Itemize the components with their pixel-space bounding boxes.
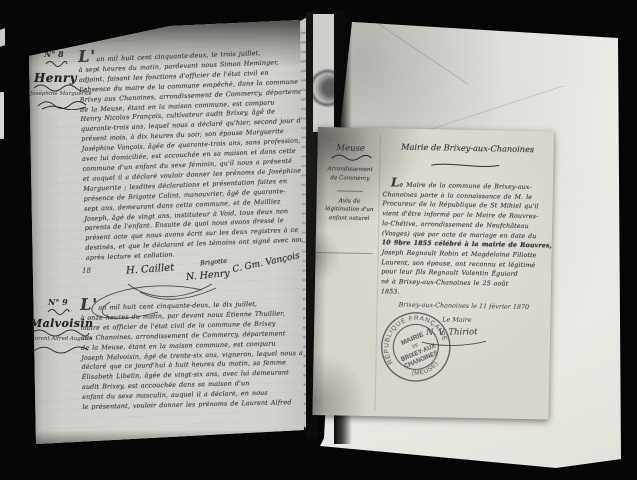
paper-crease <box>368 17 468 85</box>
register-page: N° 8 Henry Joséphine Marguerite L'an mil… <box>26 16 308 448</box>
margin-divider <box>316 252 373 254</box>
date-mark: 18 <box>82 268 91 275</box>
paper-crease <box>412 85 564 135</box>
flourish-swirl <box>329 153 373 162</box>
letter-margin-subject: Avis de <box>319 197 381 205</box>
page-edge-strip <box>313 14 334 132</box>
act-entry: L'an mil huit cent cinquante-deux, le di… <box>80 295 309 413</box>
letter-margin-arrondissement: Arrondissement <box>319 166 381 173</box>
letter-title: Mairie de Brixey-aux-Chanoines <box>388 142 548 155</box>
stamp-center-line: DE <box>411 342 419 349</box>
film-edge-mark <box>0 28 5 47</box>
letter-body: Le Maire de la commune de Brixey-aux-Cha… <box>381 178 547 300</box>
act-entry: L'an mil huit cent cinquante-deux, le tr… <box>78 43 314 264</box>
margin-divider <box>337 190 363 191</box>
film-edge-mark <box>0 92 4 139</box>
act-number: N° 9 <box>48 298 68 306</box>
signature: H. Caillet <box>126 262 175 276</box>
handwritten-line: 1853. <box>381 287 545 300</box>
letter-margin-arrondissement: de Commercy <box>319 175 381 182</box>
microfilm-scan: N° 8 Henry Joséphine Marguerite L'an mil… <box>0 0 637 480</box>
partial-stamp <box>313 70 334 106</box>
margin-surname: Henry <box>34 72 77 84</box>
flourish-underline <box>46 308 70 316</box>
signature: Brigotte <box>200 257 228 268</box>
letter-margin-subject: légitimation d'un <box>318 206 380 213</box>
flourish-underline <box>44 60 68 68</box>
flourish-underline <box>429 161 501 170</box>
legitimation-letter: Meuse Arrondissement de Commercy Avis de… <box>312 127 553 419</box>
act-number: N° 8 <box>44 50 64 58</box>
letter-margin-subject: enfant naturel <box>318 215 380 222</box>
